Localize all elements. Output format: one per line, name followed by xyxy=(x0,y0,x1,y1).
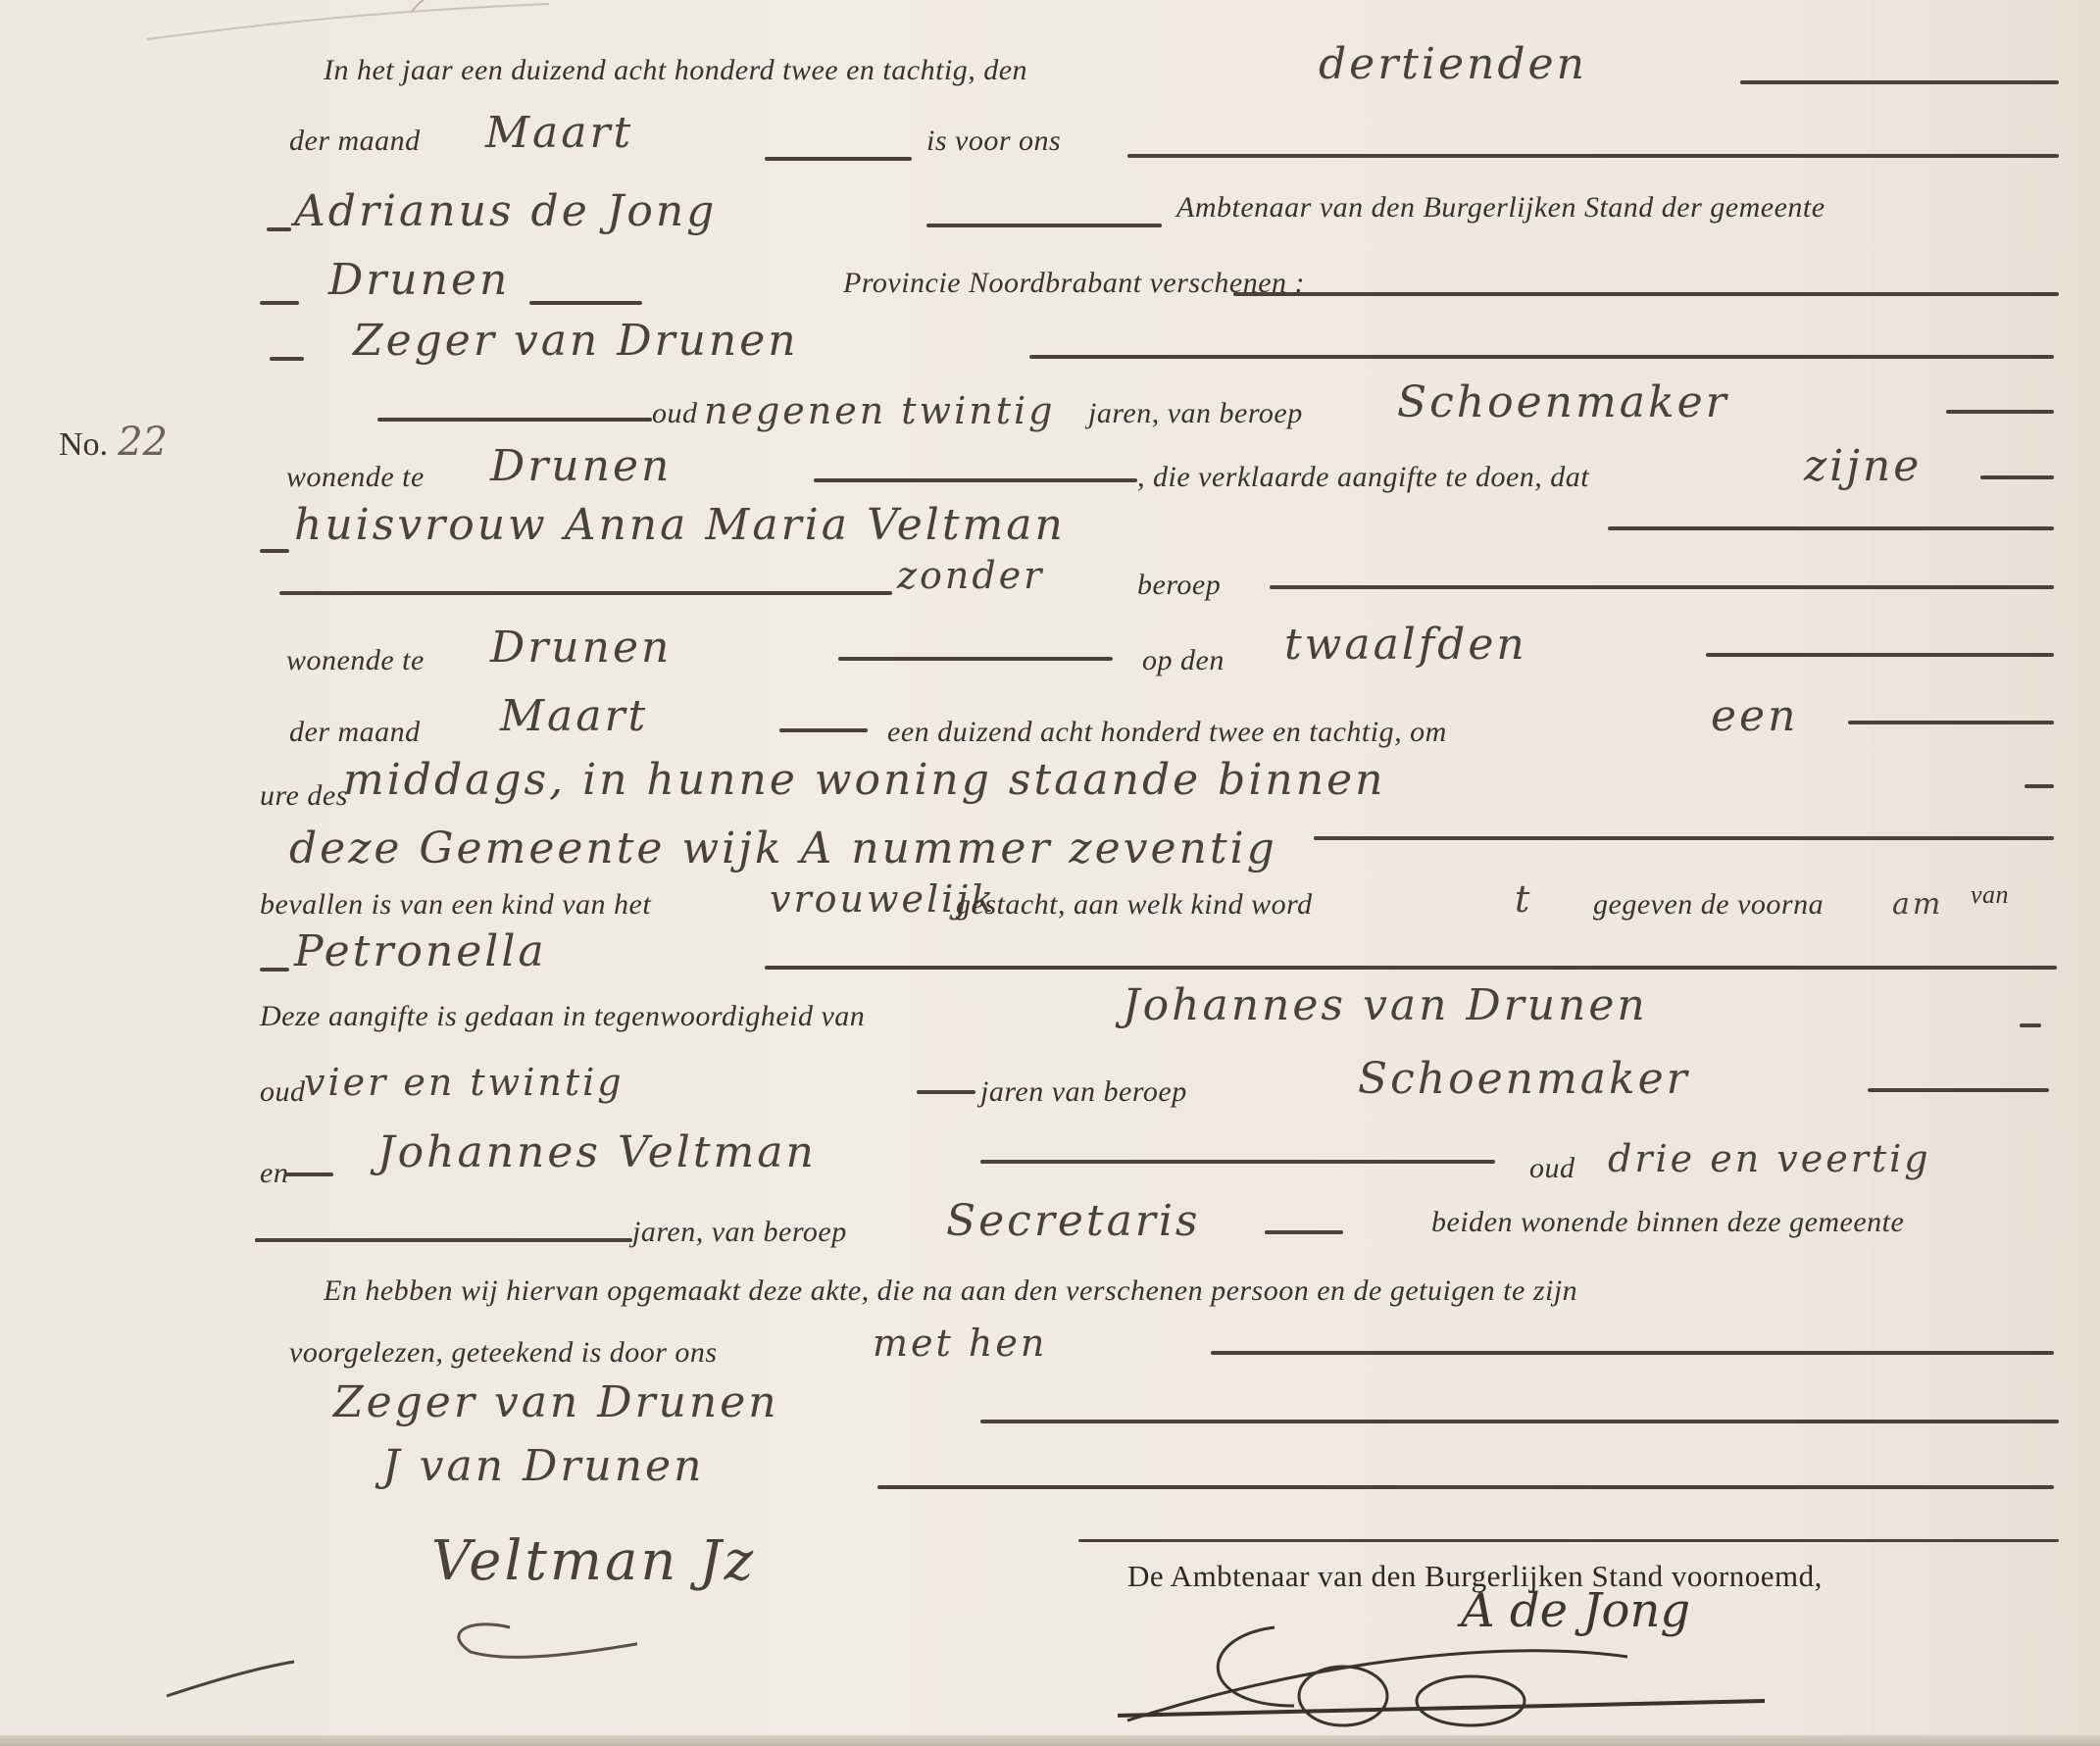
printed-text: een duizend acht honderd twee en tachtig… xyxy=(887,716,1447,749)
fill-rule xyxy=(260,549,289,553)
printed-text: beiden wonende binnen deze gemeente xyxy=(1431,1206,1904,1239)
handwritten-text: met hen xyxy=(873,1322,1047,1365)
fill-rule xyxy=(765,966,2057,970)
handwritten-birth-place: middags, in hunne woning staande binnen xyxy=(343,755,1385,805)
handwritten-official-name: Adrianus de Jong xyxy=(294,186,717,236)
printed-text: beroep xyxy=(1137,569,1221,602)
handwritten-witness1-age: vier en twintig xyxy=(304,1061,625,1104)
handwritten-witness2-age: drie en veertig xyxy=(1608,1137,1931,1180)
fill-rule xyxy=(529,301,642,305)
fill-rule xyxy=(1740,80,2059,84)
printed-text: gestacht, aan welk kind word xyxy=(956,888,1313,922)
printed-text: der maand xyxy=(289,716,421,749)
handwritten-text: am xyxy=(1892,887,1943,922)
handwritten-birth-hour: een xyxy=(1711,691,1798,741)
fill-rule xyxy=(1314,836,2054,840)
signature-declarant: Zeger van Drunen xyxy=(333,1377,779,1427)
printed-text: der maand xyxy=(289,125,421,158)
signature-flourish xyxy=(147,1608,637,1716)
handwritten-residence: Drunen xyxy=(490,623,672,673)
printed-text: Deze aangifte is gedaan in tegenwoordigh… xyxy=(260,1000,865,1033)
handwritten-birth-day: twaalfden xyxy=(1284,620,1527,670)
handwritten-witness1-occupation: Schoenmaker xyxy=(1358,1054,1690,1104)
fill-rule xyxy=(260,968,289,972)
printed-text: jaren van beroep xyxy=(980,1075,1187,1109)
fill-rule xyxy=(2020,1023,2041,1027)
printed-text: ure des xyxy=(260,779,348,813)
fill-rule xyxy=(260,301,299,305)
fill-rule xyxy=(779,728,868,732)
printed-text: wonende te xyxy=(286,461,425,494)
printed-text: voorgelezen, geteekend is door ons xyxy=(289,1336,718,1370)
printed-text: gegeven de voorna xyxy=(1593,888,1824,922)
printed-text: oud xyxy=(1529,1152,1575,1185)
record-number-label: No. xyxy=(59,426,108,463)
handwritten-witness1-name: Johannes van Drunen xyxy=(1123,980,1648,1030)
birth-record-page: No.22 In het jaar een duizend acht honde… xyxy=(0,0,2100,1746)
fill-rule xyxy=(1265,1230,1343,1234)
printed-text: wonende te xyxy=(286,644,425,677)
top-pencil-stroke xyxy=(0,0,2100,69)
printed-text: oud xyxy=(652,397,698,430)
handwritten-declarant-age: negenen twintig xyxy=(704,389,1055,432)
handwritten-mother-occupation: zonder xyxy=(897,554,1044,597)
fill-rule xyxy=(1608,526,2054,530)
handwritten-address: deze Gemeente wijk A nummer zeventig xyxy=(289,823,1277,873)
official-signature-flourish xyxy=(1098,1598,1784,1735)
handwritten-birth-month: Maart xyxy=(500,691,648,741)
handwritten-declarant-occupation: Schoenmaker xyxy=(1397,377,1729,427)
fill-rule xyxy=(255,1238,632,1242)
handwritten-residence: Drunen xyxy=(490,441,672,491)
fill-rule xyxy=(1868,1088,2049,1092)
fill-rule xyxy=(1848,721,2054,724)
printed-text: bevallen is van een kind van het xyxy=(260,888,651,922)
handwritten-text: t xyxy=(1515,877,1532,921)
printed-text: jaren, van beroep xyxy=(632,1216,847,1249)
printed-text: is voor ons xyxy=(926,125,1061,158)
handwritten-month: Maart xyxy=(485,108,633,158)
fill-rule xyxy=(765,157,912,161)
printed-text: van xyxy=(1971,880,2009,910)
printed-text: Ambtenaar van den Burgerlijken Stand der… xyxy=(1176,191,1825,224)
fill-rule xyxy=(814,478,1137,482)
record-number: No.22 xyxy=(59,420,168,465)
fill-rule xyxy=(279,591,892,595)
fill-rule xyxy=(1946,410,2054,414)
handwritten-declarant-name: Zeger van Drunen xyxy=(353,316,799,366)
signature-witness1: J van Drunen xyxy=(382,1441,704,1491)
printed-text: En hebben wij hiervan opgemaakt deze akt… xyxy=(324,1274,1577,1308)
fill-rule xyxy=(926,224,1162,227)
handwritten-text: zijne xyxy=(1804,441,1922,491)
printed-text: , die verklaarde aangifte te doen, dat xyxy=(1137,461,1589,494)
handwritten-witness2-name: Johannes Veltman xyxy=(377,1127,817,1177)
printed-text: jaren, van beroep xyxy=(1088,397,1303,430)
record-number-value: 22 xyxy=(118,420,168,465)
fill-rule xyxy=(1270,585,2054,589)
page-edge xyxy=(0,1735,2100,1746)
fill-rule xyxy=(284,1172,333,1176)
fill-rule xyxy=(1980,475,2054,479)
printed-text: oud xyxy=(260,1075,306,1109)
fill-rule xyxy=(1233,292,2059,296)
handwritten-child-name: Petronella xyxy=(294,926,547,976)
fill-rule xyxy=(1078,1539,2059,1542)
fill-rule xyxy=(377,418,652,422)
fill-rule xyxy=(980,1420,2059,1423)
fill-rule xyxy=(1029,355,2054,359)
printed-text: In het jaar een duizend acht honderd twe… xyxy=(324,54,1027,87)
printed-text: op den xyxy=(1142,644,1225,677)
fill-rule xyxy=(267,227,291,231)
fill-rule xyxy=(838,657,1113,661)
fill-rule xyxy=(1706,653,2054,657)
fill-rule xyxy=(1127,154,2059,158)
fill-rule xyxy=(980,1160,1495,1164)
fill-rule xyxy=(270,357,304,361)
handwritten-day: dertienden xyxy=(1319,39,1587,89)
fill-rule xyxy=(1211,1351,2054,1355)
fill-rule xyxy=(877,1485,2054,1489)
handwritten-municipality: Drunen xyxy=(328,255,510,305)
fill-rule xyxy=(917,1090,975,1094)
handwritten-mother-name: huisvrouw Anna Maria Veltman xyxy=(294,500,1066,550)
signature-witness2: Veltman Jz xyxy=(431,1529,756,1593)
fill-rule xyxy=(2025,784,2054,788)
handwritten-witness2-occupation: Secretaris xyxy=(946,1196,1201,1246)
